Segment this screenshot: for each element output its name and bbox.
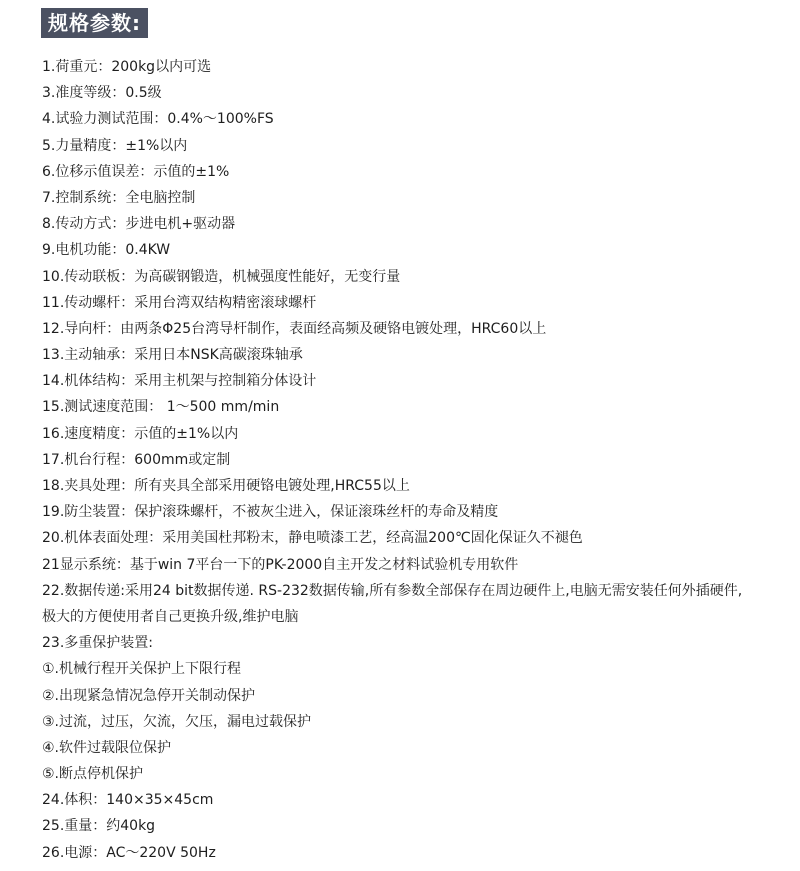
spec-item-drive-mode: 8.传动方式：步进电机+驱动器: [42, 211, 792, 237]
section-title: 规格参数:: [48, 11, 141, 35]
spec-item-force-range: 4.试验力测试范围：0.4%～100%FS: [42, 106, 792, 132]
spec-item-stroke: 17.机台行程：600mm或定制: [42, 447, 792, 473]
spec-subitem-software-limit: ④.软件过载限位保护: [42, 735, 792, 761]
spec-item-power-supply: 26.电源：AC～220V 50Hz: [42, 840, 792, 866]
spec-item-speed-precision: 16.速度精度：示值的±1%以内: [42, 421, 792, 447]
section-title-badge: 规格参数:: [41, 8, 148, 38]
spec-item-body-structure: 14.机体结构：采用主机架与控制箱分体设计: [42, 368, 792, 394]
spec-item-dust-protection: 19.防尘装置：保护滚珠螺杆，不被灰尘进入，保证滚珠丝杆的寿命及精度: [42, 499, 792, 525]
spec-item-drive-screw: 11.传动螺杆：采用台湾双结构精密滚球螺杆: [42, 290, 792, 316]
spec-item-weight: 25.重量：约40kg: [42, 813, 792, 839]
spec-item-force-precision: 5.力量精度：±1%以内: [42, 133, 792, 159]
spec-subitem-limit-switch: ①.机械行程开关保护上下限行程: [42, 656, 792, 682]
spec-item-control-system: 7.控制系统：全电脑控制: [42, 185, 792, 211]
spec-item-load-cell: 1.荷重元：200kg以内可选: [42, 54, 792, 80]
spec-subitem-emergency-stop: ②.出现紧急情况急停开关制动保护: [42, 683, 792, 709]
spec-item-display-system: 21显示系统：基于win 7平台一下的PK-2000自主开发之材料试验机专用软件: [42, 552, 792, 578]
spec-item-fixture-treatment: 18.夹具处理：所有夹具全部采用硬铬电镀处理,HRC55以上: [42, 473, 792, 499]
spec-item-protection-devices: 23.多重保护装置:: [42, 630, 792, 656]
spec-item-motor-power: 9.电机功能：0.4KW: [42, 237, 792, 263]
spec-item-speed-range: 15.测试速度范围： 1～500 mm/min: [42, 394, 792, 420]
spec-subitem-power-off-stop: ⑤.断点停机保护: [42, 761, 792, 787]
spec-item-data-transfer: 22.数据传递:采用24 bit数据传递. RS-232数据传输,所有参数全部保…: [42, 578, 792, 604]
spec-item-guide-rod: 12.导向杆：由两条Φ25台湾导杆制作，表面经高频及硬铬电镀处理，HRC60以上: [42, 316, 792, 342]
spec-item-surface-treatment: 20.机体表面处理：采用美国杜邦粉末，静电喷漆工艺，经高温200℃固化保证久不褪…: [42, 525, 792, 551]
spec-item-main-bearing: 13.主动轴承：采用日本NSK高碳滚珠轴承: [42, 342, 792, 368]
spec-item-volume: 24.体积：140×35×45cm: [42, 787, 792, 813]
spec-subitem-electrical-protection: ③.过流，过压，欠流，欠压，漏电过载保护: [42, 709, 792, 735]
spec-list: 1.荷重元：200kg以内可选 3.准度等级：0.5级 4.试验力测试范围：0.…: [42, 54, 792, 866]
spec-item-displacement-error: 6.位移示值误差：示值的±1%: [42, 159, 792, 185]
spec-item-accuracy-grade: 3.准度等级：0.5级: [42, 80, 792, 106]
spec-item-data-transfer-continued: 极大的方便使用者自己更换升级,维护电脑: [42, 604, 792, 630]
spec-item-drive-plate: 10.传动联板：为高碳钢锻造，机械强度性能好，无变行量: [42, 264, 792, 290]
